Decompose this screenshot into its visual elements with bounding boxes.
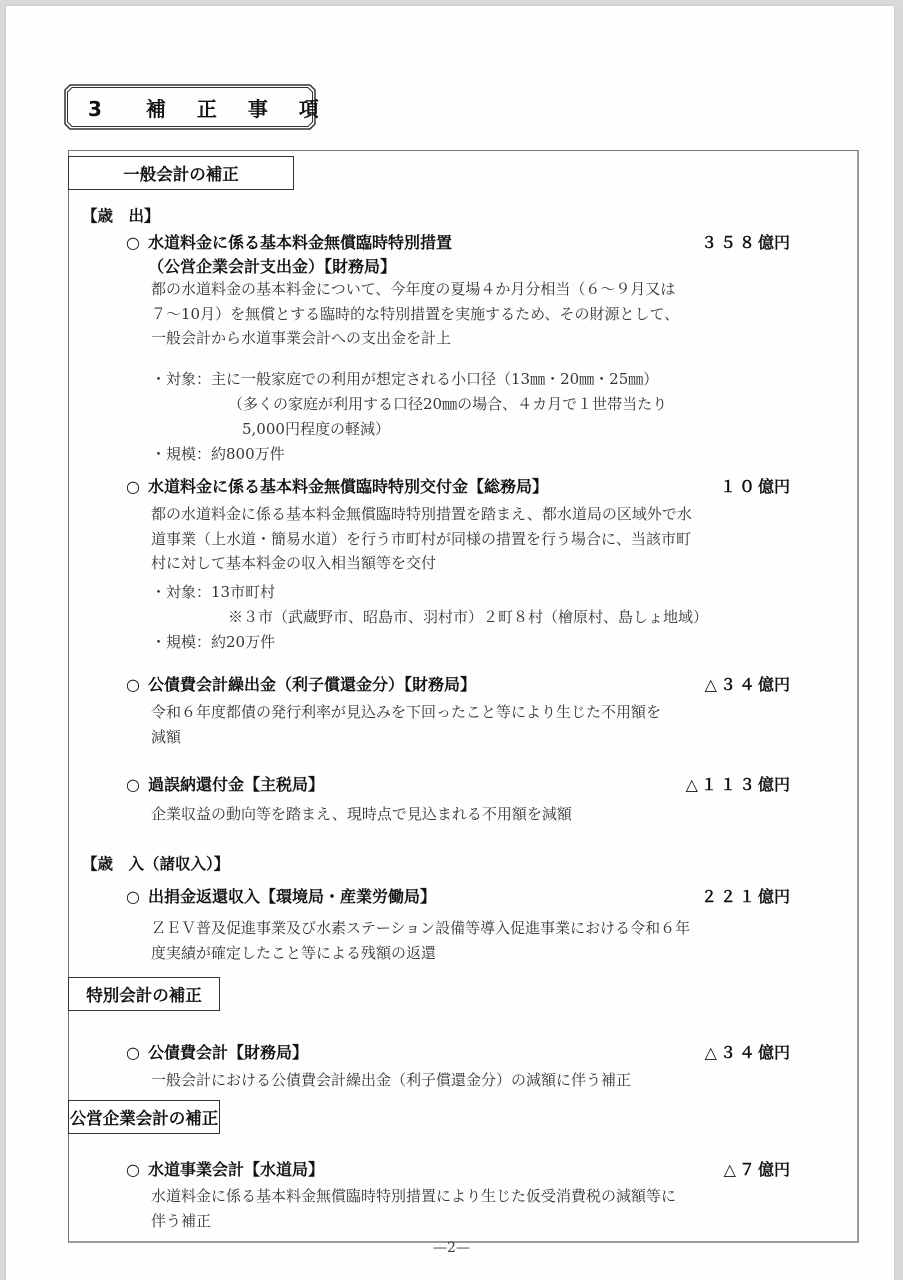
item-amount: １０億円 [720, 474, 790, 497]
item-description: 一般会計における公債費会計繰出金（利子償還金分）の減額に伴う補正 [151, 1068, 811, 1093]
item-description: 都の水道料金の基本料金について、今年度の夏場４か月分相当（６～９月又は ７～10… [151, 277, 811, 351]
revenue-label: 【歳 入（諸収入）】 [82, 852, 229, 874]
item-amount: △３４億円 [705, 672, 790, 695]
section-title: 3 補 正 事 項 [88, 93, 331, 122]
item-title: ○公債費会計繰出金（利子償還金分）【財務局】 [126, 672, 476, 695]
page-number: —2— [0, 1240, 903, 1256]
item-description: 企業収益の動向等を踏まえ、現時点で見込まれる不用額を減額 [151, 802, 811, 827]
target-line: ・対象：主に一般家庭での利用が想定される小口径（13㎜・20㎜・25㎜） [151, 368, 658, 389]
item-amount: △１１３億円 [686, 772, 790, 795]
item-description: 都の水道料金に係る基本料金無償臨時特別措置を踏まえ、都水道局の区域外で水 道事業… [151, 502, 811, 576]
item-title: ○出捐金返還収入【環境局・産業労働局】 [126, 884, 436, 907]
item-title: ○水道料金に係る基本料金無償臨時特別交付金【総務局】 [126, 474, 548, 497]
item-description: 水道料金に係る基本料金無償臨時特別措置により生じた仮受消費税の減額等に 伴う補正 [151, 1184, 811, 1233]
public-enterprise-account-heading: 公営企業会計の補正 [68, 1100, 220, 1134]
item-title: ○水道事業会計【水道局】 [126, 1157, 324, 1180]
item-title: ○公債費会計【財務局】 [126, 1040, 308, 1063]
circle-bullet-icon: ○ [126, 1160, 148, 1179]
item-amount: ３５８億円 [701, 230, 790, 253]
item-title: ○水道料金に係る基本料金無償臨時特別措置 [126, 230, 452, 253]
scale-line: ・規模：約20万件 [151, 631, 275, 652]
item-amount: △７億円 [724, 1157, 790, 1180]
item-description: ＺＥＶ普及促進事業及び水素ステーション設備等導入促進事業における令和６年 度実績… [151, 916, 811, 965]
item-description: 令和６年度都債の発行利率が見込みを下回ったこと等により生じた不用額を 減額 [151, 700, 811, 749]
item-title: ○過誤納還付金【主税局】 [126, 772, 324, 795]
target-note: （多くの家庭が利用する口径20㎜の場合、４カ月で１世帯当たり [228, 393, 667, 414]
item-amount: ２２１億円 [701, 884, 790, 907]
item-amount: △３４億円 [705, 1040, 790, 1063]
document-page: 3 補 正 事 項 一般会計の補正 【歳 出】 ○水道料金に係る基本料金無償臨時… [6, 6, 894, 1280]
section-title-box: 3 補 正 事 項 [64, 84, 316, 130]
circle-bullet-icon: ○ [126, 887, 148, 906]
circle-bullet-icon: ○ [126, 675, 148, 694]
target-note: 5,000円程度の軽減） [242, 418, 390, 439]
scale-line: ・規模：約800万件 [151, 443, 285, 464]
general-account-heading: 一般会計の補正 [68, 156, 294, 190]
expenditure-label: 【歳 出】 [82, 204, 160, 226]
circle-bullet-icon: ○ [126, 233, 148, 252]
special-account-heading: 特別会計の補正 [68, 977, 220, 1011]
target-line: ・対象：13市町村 [151, 581, 275, 602]
circle-bullet-icon: ○ [126, 775, 148, 794]
target-note: ※３市（武蔵野市、昭島市、羽村市）２町８村（檜原村、島しょ地域） [228, 606, 708, 627]
circle-bullet-icon: ○ [126, 1043, 148, 1062]
circle-bullet-icon: ○ [126, 477, 148, 496]
item-title-line2: （公営企業会計支出金）【財務局】 [148, 254, 396, 277]
